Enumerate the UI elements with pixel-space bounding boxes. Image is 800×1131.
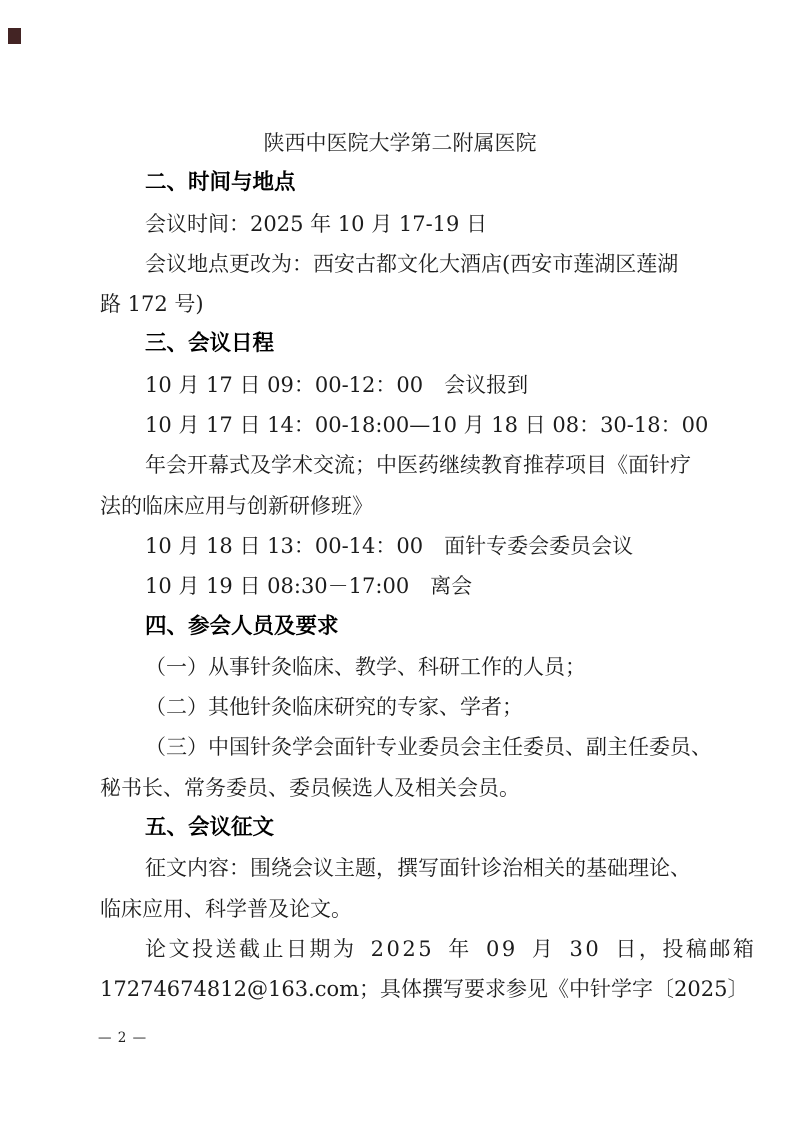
organizer-name-line: 陕西中医院大学第二附属医院 bbox=[100, 123, 700, 163]
paper-deadline-line: 论文投送截止日期为 2025 年 09 月 30 日，投稿邮箱 bbox=[100, 929, 700, 969]
paper-topic-line-2: 临床应用、科学普及论文。 bbox=[100, 889, 700, 929]
document-body: 陕西中医院大学第二附属医院 二、时间与地点 会议时间：2025 年 10 月 1… bbox=[100, 123, 700, 1010]
agenda-line-5: 10 月 18 日 13：00-14：00 面针专委会委员会议 bbox=[100, 526, 700, 566]
attendee-item-2: （二）其他针灸临床研究的专家、学者； bbox=[100, 687, 700, 727]
agenda-line-1: 10 月 17 日 09：00-12：00 会议报到 bbox=[100, 365, 700, 405]
agenda-line-3: 年会开幕式及学术交流；中医药继续教育推荐项目《面针疗 bbox=[100, 445, 700, 485]
paper-topic-line-1: 征文内容：围绕会议主题，撰写面针诊治相关的基础理论、 bbox=[100, 848, 700, 888]
agenda-line-4: 法的临床应用与创新研修班》 bbox=[100, 486, 700, 526]
paper-email-line: 17274674812@163.com；具体撰写要求参见《中针学字〔2025〕 bbox=[100, 969, 700, 1009]
page-number: — 2 — bbox=[98, 1028, 147, 1048]
section-heading-3: 三、会议日程 bbox=[100, 324, 700, 364]
section-heading-2: 二、时间与地点 bbox=[100, 163, 700, 203]
agenda-line-6: 10 月 19 日 08:30－17:00 离会 bbox=[100, 566, 700, 606]
meeting-time-line: 会议时间：2025 年 10 月 17-19 日 bbox=[100, 204, 700, 244]
attendee-item-3b: 秘书长、常务委员、委员候选人及相关会员。 bbox=[100, 768, 700, 808]
meeting-place-line-2: 路 172 号) bbox=[100, 284, 700, 324]
section-heading-5: 五、会议征文 bbox=[100, 808, 700, 848]
attendee-item-3a: （三）中国针灸学会面针专业委员会主任委员、副主任委员、 bbox=[100, 727, 700, 767]
meeting-place-line-1: 会议地点更改为：西安古都文化大酒店(西安市莲湖区莲湖 bbox=[100, 244, 700, 284]
agenda-line-2: 10 月 17 日 14：00-18:00—10 月 18 日 08：30-18… bbox=[100, 405, 700, 445]
attendee-item-1: （一）从事针灸临床、教学、科研工作的人员； bbox=[100, 647, 700, 687]
corner-mark bbox=[8, 28, 21, 44]
section-heading-4: 四、参会人员及要求 bbox=[100, 607, 700, 647]
document-page: 陕西中医院大学第二附属医院 二、时间与地点 会议时间：2025 年 10 月 1… bbox=[0, 0, 800, 1131]
